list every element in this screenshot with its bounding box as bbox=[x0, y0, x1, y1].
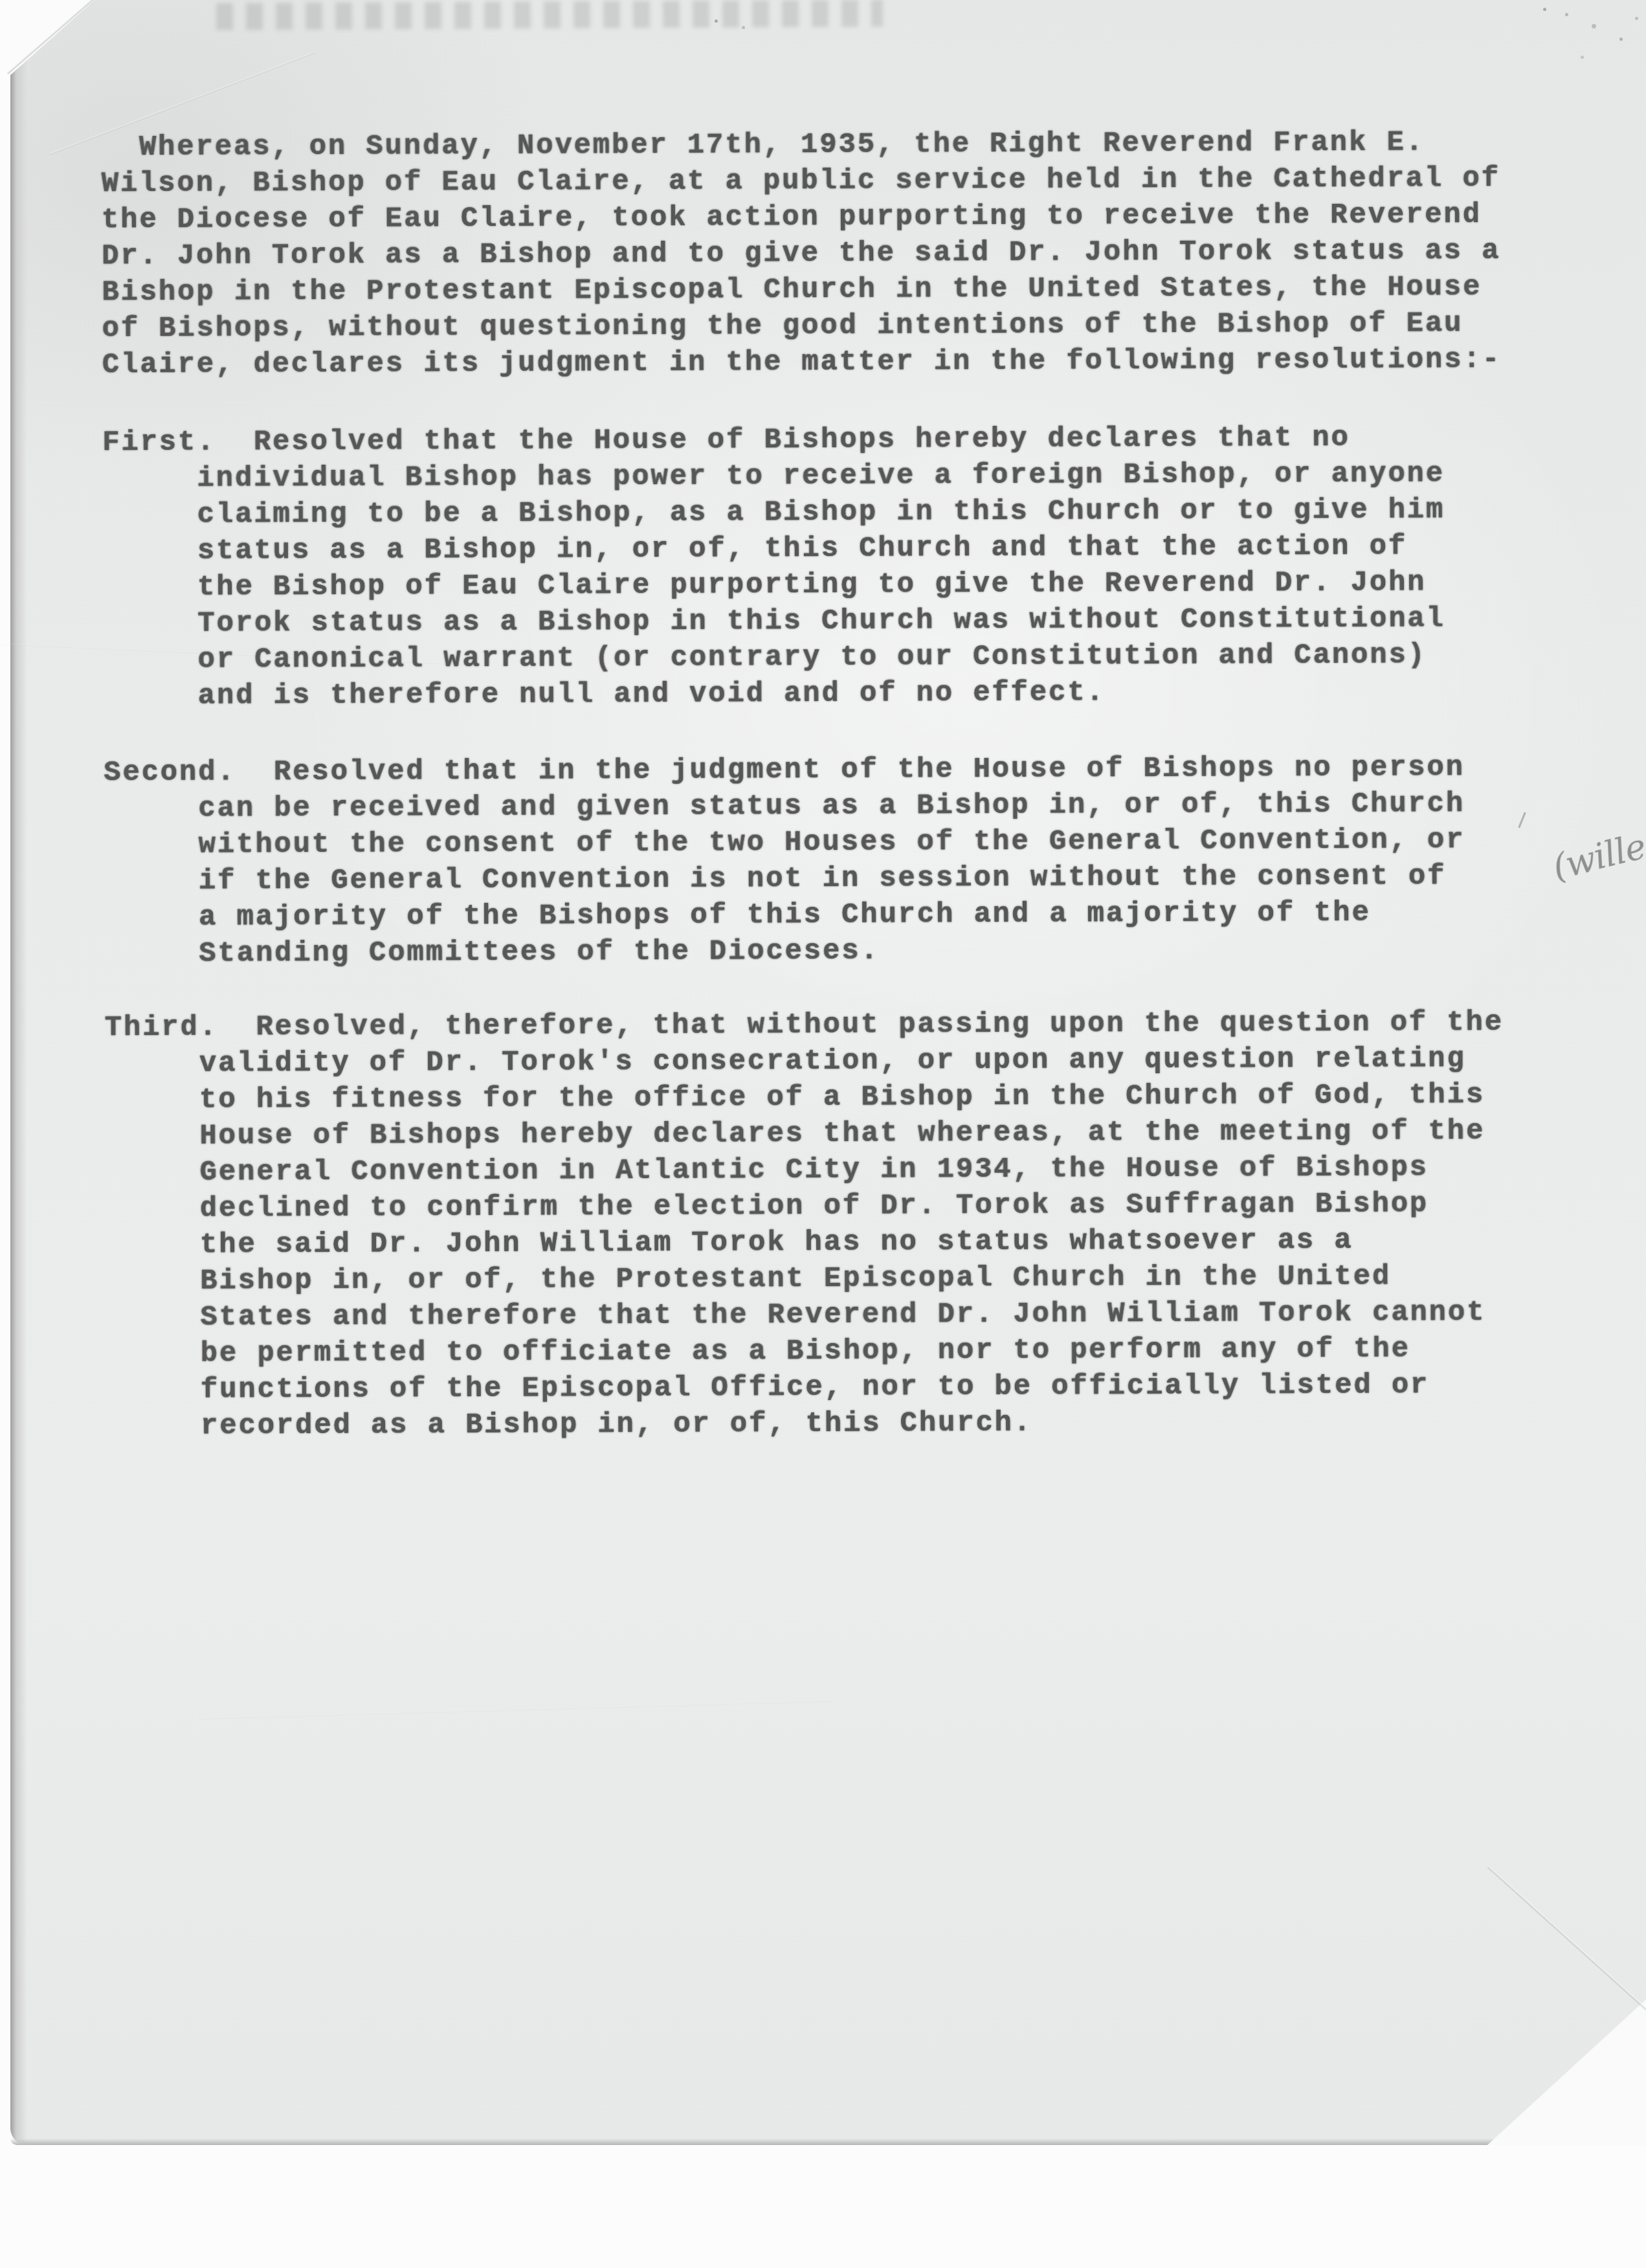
paragraph-third-resolution: Third. Resolved, therefore, that without… bbox=[105, 1005, 1506, 1445]
paragraph-opening: Whereas, on Sunday, November 17th, 1935,… bbox=[101, 124, 1501, 383]
scanned-page: Whereas, on Sunday, November 17th, 1935,… bbox=[0, 0, 1646, 2268]
paper-sheet: Whereas, on Sunday, November 17th, 1935,… bbox=[10, 0, 1646, 2145]
folded-corner-bottom-right bbox=[1487, 1999, 1646, 2145]
paragraph-first-resolution: First. Resolved that the House of Bishop… bbox=[102, 419, 1445, 715]
clipped-corner-top-left bbox=[10, 0, 95, 75]
typewritten-text: Whereas, on Sunday, November 17th, 1935,… bbox=[6, 0, 1646, 2148]
paragraph-second-resolution: Second. Resolved that in the judgment of… bbox=[104, 750, 1465, 972]
